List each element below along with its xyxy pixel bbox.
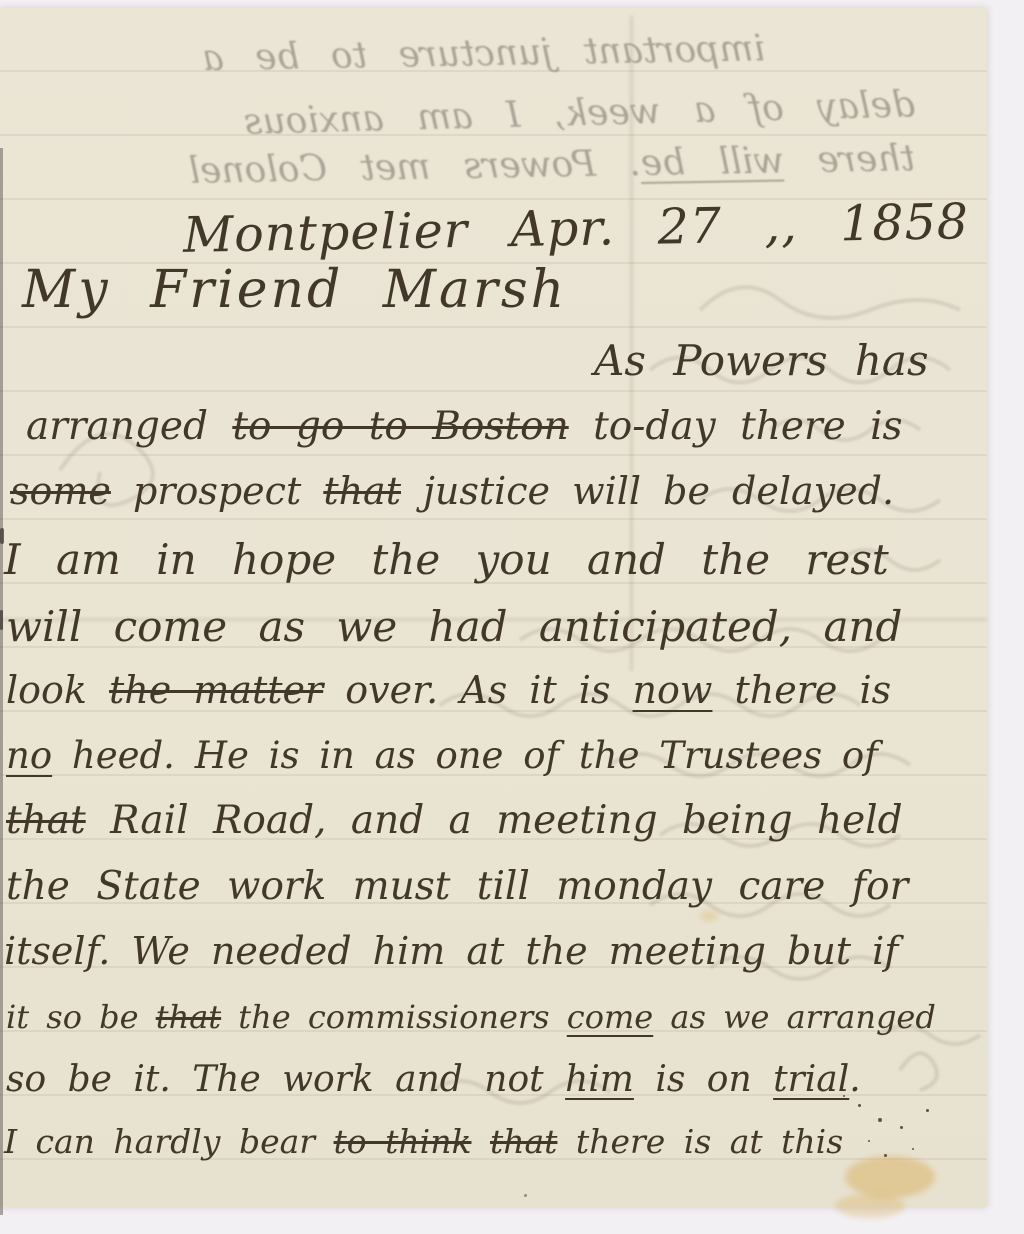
text: the State work must till monday care for xyxy=(6,864,908,909)
ink-spatter xyxy=(524,1194,527,1197)
text: over. As it is xyxy=(323,668,632,712)
letter-line: I can hardly bear to think that there is… xyxy=(4,1122,843,1161)
underlined-text: no xyxy=(6,734,52,777)
letter-page: important juncture to be adelay of a wee… xyxy=(0,8,987,1207)
text: will come as we had anticipated, and xyxy=(6,602,902,651)
text: I can hardly bear xyxy=(4,1122,334,1161)
letter-line: arranged to go to Boston to-day there is xyxy=(26,404,903,449)
text: to-day there is xyxy=(569,404,903,449)
stain xyxy=(835,1194,905,1218)
text: there is at this xyxy=(557,1122,843,1161)
ink-spatter xyxy=(900,1126,903,1129)
text: heed. He is in as one of the Trustees of xyxy=(52,734,878,777)
struck-text: that xyxy=(6,798,86,843)
text xyxy=(471,1122,490,1161)
underlined-text: come xyxy=(567,998,653,1036)
text: look xyxy=(6,668,109,712)
stain xyxy=(700,911,718,921)
left-paper-edge xyxy=(0,148,3,1215)
text: the commissioners xyxy=(221,998,567,1036)
text: As Powers has xyxy=(594,336,929,385)
letter-line: itself. We needed him at the meeting but… xyxy=(4,929,898,973)
underlined-text: him xyxy=(565,1059,634,1100)
stain xyxy=(845,1156,935,1198)
text: Rail Road, and a meeting being held xyxy=(86,798,903,843)
underlined-text: trial xyxy=(773,1059,849,1100)
struck-text: to think xyxy=(334,1122,472,1161)
struck-text: that xyxy=(156,998,221,1036)
text: so be it. The work and not xyxy=(6,1059,565,1100)
edge-ink-mark xyxy=(0,610,3,630)
text: it so be xyxy=(6,998,156,1036)
text: is on xyxy=(634,1059,773,1100)
ink-spatter xyxy=(926,1109,929,1112)
letter-line: it so be that the commissioners come as … xyxy=(6,998,936,1036)
text: justice will be delayed. xyxy=(401,469,894,513)
text: arranged xyxy=(26,404,232,449)
ink-spatter xyxy=(884,1154,887,1157)
ink-spatter xyxy=(843,1095,845,1097)
text: there is xyxy=(712,668,891,712)
letter-line: As Powers has xyxy=(594,336,929,385)
text: I am in hope the you and the rest xyxy=(4,535,889,584)
ink-spatter xyxy=(878,1118,882,1122)
letter-line: will come as we had anticipated, and xyxy=(6,602,902,651)
ink-spatter xyxy=(858,1104,861,1107)
text: itself. We needed him at the meeting but… xyxy=(4,929,898,973)
struck-text: that xyxy=(323,469,401,513)
struck-text: some xyxy=(10,469,111,513)
letter-line: look the matter over. As it is now there… xyxy=(6,668,891,712)
letter-line: so be it. The work and not him is on tri… xyxy=(6,1059,861,1100)
letter-line: I am in hope the you and the rest xyxy=(4,535,889,584)
ink-spatter xyxy=(868,1140,870,1142)
letter-line: the State work must till monday care for xyxy=(6,864,908,909)
letter-line: that Rail Road, and a meeting being held xyxy=(6,798,903,843)
struck-text: that xyxy=(490,1122,557,1161)
letter-line: some prospect that justice will be delay… xyxy=(10,469,894,513)
underlined-text: now xyxy=(633,668,713,712)
text: prospect xyxy=(111,469,323,513)
letter-line: no heed. He is in as one of the Trustees… xyxy=(6,734,878,777)
struck-text: the matter xyxy=(109,668,323,712)
ink-spatter xyxy=(912,1148,914,1150)
text: as we arranged xyxy=(653,998,936,1036)
struck-text: to go to Boston xyxy=(232,404,568,449)
text: . xyxy=(849,1059,860,1100)
salutation: My Friend Marsh xyxy=(22,260,567,320)
